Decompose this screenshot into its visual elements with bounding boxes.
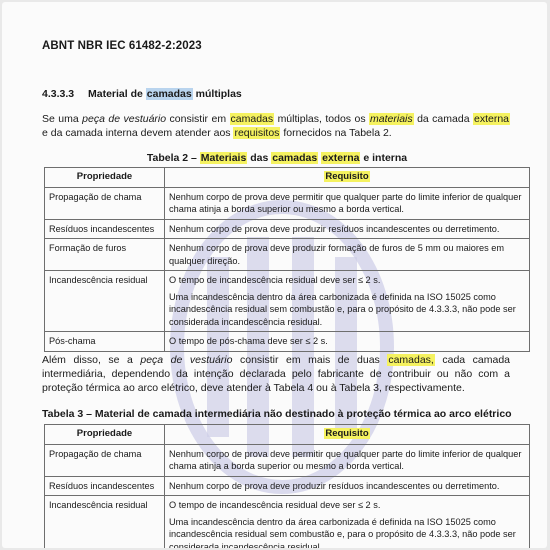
requirement-cell: Nenhum corpo de prova deve permitir que … <box>165 187 530 219</box>
column-header-property: Propriedade <box>45 425 165 445</box>
text-run: Além disso, se a <box>42 354 140 366</box>
table2-body: Propagação de chamaNenhum corpo de prova… <box>45 187 530 351</box>
section-title-text: Material de <box>88 88 146 100</box>
table-row: Incandescência residualO tempo de incand… <box>45 496 530 549</box>
paragraph-intermediate-layers: Além disso, se a peça de vestuário consi… <box>42 353 510 395</box>
search-highlight: camadas <box>271 152 318 164</box>
requirement-text: Nenhum corpo de prova deve permitir que … <box>169 448 525 473</box>
italic-term: peça de vestuário <box>82 113 166 125</box>
search-highlight: camadas, <box>387 354 435 366</box>
text-run: fornecidos na Tabela 2. <box>280 127 391 139</box>
requirement-cell: O tempo de incandescência residual deve … <box>165 496 530 549</box>
property-cell: Pós-chama <box>45 332 165 352</box>
property-cell: Propagação de chama <box>45 187 165 219</box>
column-header-property: Propriedade <box>45 168 165 188</box>
table-row: Formação de furosNenhum corpo de prova d… <box>45 239 530 271</box>
property-cell: Incandescência residual <box>45 496 165 549</box>
text-run: múltiplas, todos os <box>274 113 369 125</box>
search-highlight: Materiais <box>200 152 248 164</box>
text-run: e da camada interna devem atender aos <box>42 127 233 139</box>
table-row: Propagação de chamaNenhum corpo de prova… <box>45 444 530 476</box>
section-title-text-end: múltiplas <box>193 88 242 100</box>
requirement-text: Nenhum corpo de prova deve produzir resí… <box>169 480 525 493</box>
property-cell: Incandescência residual <box>45 271 165 332</box>
table-row: Incandescência residualO tempo de incand… <box>45 271 530 332</box>
table-row: Propagação de chamaNenhum corpo de prova… <box>45 187 530 219</box>
table-header-row: Propriedade Requisito <box>45 168 530 188</box>
selected-text[interactable]: camadas <box>146 88 193 100</box>
search-highlight: camadas <box>230 113 275 125</box>
requirement-text: O tempo de pós-chama deve ser ≤ 2 s. <box>169 335 525 348</box>
text-run: das <box>247 152 271 164</box>
document-header: ABNT NBR IEC 61482-2:2023 <box>42 40 202 52</box>
paragraph-multiple-layers: Se uma peça de vestuário consistir em ca… <box>42 112 510 140</box>
table-header-row: Propriedade Requisito <box>45 425 530 445</box>
property-cell: Propagação de chama <box>45 444 165 476</box>
text-run: da camada <box>414 113 473 125</box>
text-run: e interna <box>360 152 407 164</box>
requirement-note: Uma incandescência dentro da área carbon… <box>169 516 525 549</box>
search-highlight: externa <box>473 113 510 125</box>
text-run: consistir em <box>166 113 229 125</box>
table3-caption: Tabela 3 – Material de camada intermediá… <box>42 408 512 420</box>
section-number: 4.3.3.3 <box>42 88 88 100</box>
requirement-cell: Nenhum corpo de prova deve produzir form… <box>165 239 530 271</box>
search-highlight: externa <box>321 152 360 164</box>
column-header-requirement: Requisito <box>165 168 530 188</box>
requirement-cell: O tempo de pós-chama deve ser ≤ 2 s. <box>165 332 530 352</box>
text-run: consistir em mais de duas <box>232 354 387 366</box>
requirement-text: Nenhum corpo de prova deve produzir form… <box>169 242 525 267</box>
text-run: Se uma <box>42 113 82 125</box>
italic-term: peça de vestuário <box>140 354 232 366</box>
requirement-cell: Nenhum corpo de prova deve produzir resí… <box>165 219 530 239</box>
column-header-requirement: Requisito <box>165 425 530 445</box>
table3: Propriedade Requisito Propagação de cham… <box>44 424 530 548</box>
requirement-cell: O tempo de incandescência residual deve … <box>165 271 530 332</box>
search-highlight: requisitos <box>233 127 280 139</box>
property-cell: Resíduos incandescentes <box>45 219 165 239</box>
requirement-cell: Nenhum corpo de prova deve permitir que … <box>165 444 530 476</box>
table-row: Pós-chamaO tempo de pós-chama deve ser ≤… <box>45 332 530 352</box>
text-run: Tabela 2 – <box>147 152 200 164</box>
section-title: 4.3.3.3Material de camadas múltiplas <box>42 88 242 100</box>
requirement-text: Nenhum corpo de prova deve permitir que … <box>169 191 525 216</box>
requirement-note: Uma incandescência dentro da área carbon… <box>169 291 525 329</box>
table2: Propriedade Requisito Propagação de cham… <box>44 167 530 352</box>
property-cell: Resíduos incandescentes <box>45 476 165 496</box>
table-row: Resíduos incandescentesNenhum corpo de p… <box>45 476 530 496</box>
requirement-text: O tempo de incandescência residual deve … <box>169 499 525 512</box>
search-highlight: Requisito <box>324 428 369 439</box>
table3-body: Propagação de chamaNenhum corpo de prova… <box>45 444 530 548</box>
property-cell: Formação de furos <box>45 239 165 271</box>
requirement-text: Nenhum corpo de prova deve produzir resí… <box>169 223 525 236</box>
search-highlight: Requisito <box>324 171 369 182</box>
requirement-cell: Nenhum corpo de prova deve produzir resí… <box>165 476 530 496</box>
requirement-text: O tempo de incandescência residual deve … <box>169 274 525 287</box>
document-page: ABNT NBR IEC 61482-2:2023 4.3.3.3Materia… <box>2 2 547 548</box>
table-row: Resíduos incandescentesNenhum corpo de p… <box>45 219 530 239</box>
table2-caption: Tabela 2 – Materiais das camadas externa… <box>2 152 547 164</box>
search-highlight: materiais <box>369 113 414 125</box>
